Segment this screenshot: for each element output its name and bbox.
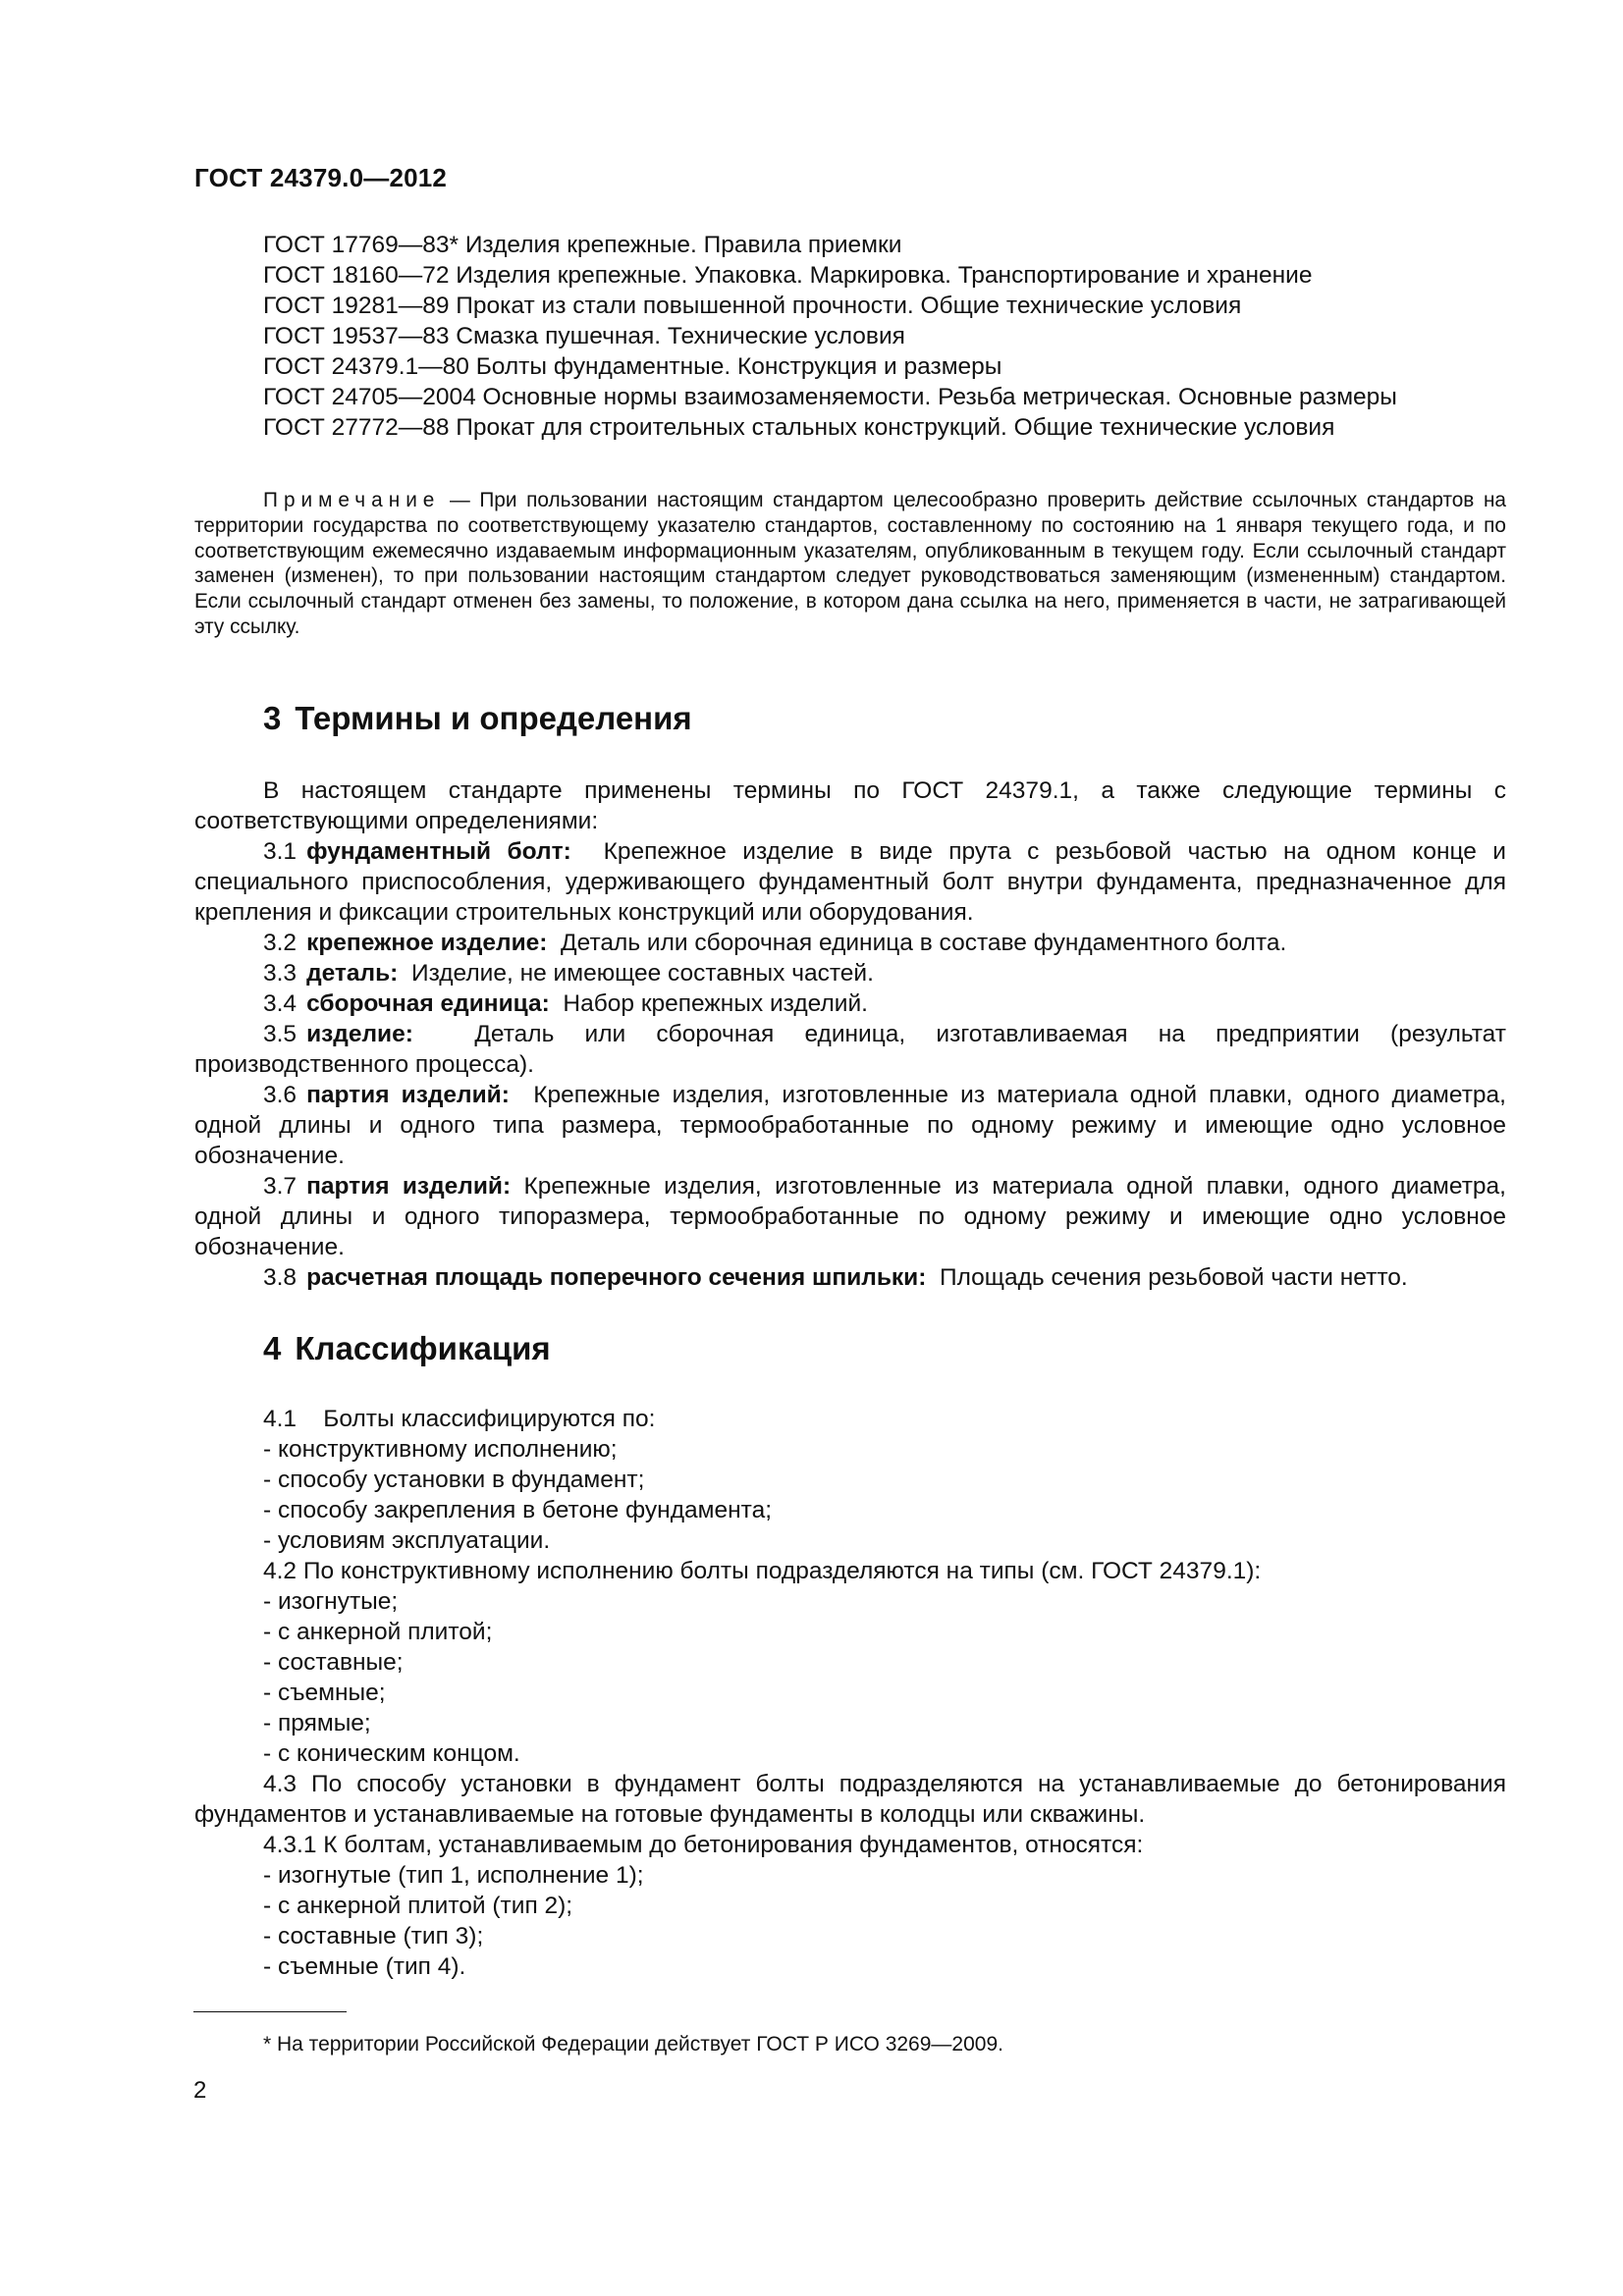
term-entry: 3.4сборочная единица: Набор крепежных из… (194, 988, 1506, 1019)
footnote-separator (193, 2011, 347, 2012)
list-item: - с анкерной плитой (тип 2); (194, 1891, 1506, 1921)
term-name: деталь: (306, 960, 398, 987)
clause-4-1: 4.1 Болты классифицируются по: (194, 1404, 1506, 1434)
list-item: - с анкерной плитой; (194, 1617, 1506, 1647)
reference-item: ГОСТ 19281—89 Прокат из стали повышенной… (194, 291, 1506, 321)
term-name: крепежное изделие: (306, 930, 547, 956)
list-item: - конструктивному исполнению; (194, 1434, 1506, 1465)
list-item: - съемные; (194, 1678, 1506, 1708)
term-name: сборочная единица: (306, 990, 550, 1017)
clause-4-3: 4.3 По способу установки в фундамент бол… (194, 1769, 1506, 1830)
term-entry: 3.2крепежное изделие: Деталь или сборочн… (194, 928, 1506, 958)
term-name: изделие: (306, 1021, 413, 1047)
term-definition: Набор крепежных изделий. (563, 990, 868, 1017)
term-entry: 3.1фундаментный болт: Крепежное изделие … (194, 836, 1506, 928)
section-intro: В настоящем стандарте применены термины … (194, 775, 1506, 836)
section-number: 4 (263, 1330, 281, 1366)
term-definition: Деталь или сборочная единица в составе ф… (561, 930, 1286, 956)
term-name: партия изделий: (306, 1082, 510, 1108)
reference-item: ГОСТ 17769—83* Изделия крепежные. Правил… (194, 230, 1506, 260)
note-label: Примечание (263, 489, 440, 511)
term-name: партия изделий: (306, 1173, 511, 1200)
term-entry: 3.8расчетная площадь поперечного сечения… (194, 1262, 1506, 1293)
list-item: - условиям эксплуатации. (194, 1525, 1506, 1556)
list-item: - съемные (тип 4). (194, 1951, 1506, 1982)
list-item: - способу закрепления в бетоне фундамент… (194, 1495, 1506, 1525)
section-title: Классификация (295, 1330, 550, 1366)
term-name: фундаментный болт: (306, 838, 571, 865)
list-item: - с коническим концом. (194, 1738, 1506, 1769)
section-3-body: В настоящем стандарте применены термины … (194, 775, 1506, 1293)
section-number: 3 (263, 700, 281, 736)
footnote: * На территории Российской Федерации дей… (263, 2032, 1003, 2057)
page-number: 2 (193, 2077, 206, 2105)
term-entry: 3.6партия изделий: Крепежные изделия, из… (194, 1080, 1506, 1171)
section-title: Термины и определения (295, 700, 691, 736)
term-entry: 3.3деталь: Изделие, не имеющее составных… (194, 958, 1506, 988)
section-3-heading: 3Термины и определения (263, 700, 692, 737)
term-definition: Площадь сечения резьбовой части нетто. (940, 1264, 1408, 1291)
reference-item: ГОСТ 24379.1—80 Болты фундаментные. Конс… (194, 351, 1506, 382)
term-entry: 3.5изделие: Деталь или сборочная единица… (194, 1019, 1506, 1080)
section-4-heading: 4Классификация (263, 1330, 551, 1367)
list-item: - изогнутые (тип 1, исполнение 1); (194, 1860, 1506, 1891)
list-item: - способу установки в фундамент; (194, 1465, 1506, 1495)
reference-item: ГОСТ 19537—83 Смазка пушечная. Техническ… (194, 321, 1506, 351)
clause-4-3-1: 4.3.1 К болтам, устанавливаемым до бетон… (194, 1830, 1506, 1860)
running-title: ГОСТ 24379.0—2012 (194, 163, 447, 193)
normative-references-list: ГОСТ 17769—83* Изделия крепежные. Правил… (194, 230, 1506, 443)
reference-item: ГОСТ 27772—88 Прокат для строительных ст… (194, 412, 1506, 443)
term-definition: Изделие, не имеющее составных частей. (411, 960, 874, 987)
list-item: - составные; (194, 1647, 1506, 1678)
section-4-body: 4.1 Болты классифицируются по: - констру… (194, 1404, 1506, 1982)
list-item: - прямые; (194, 1708, 1506, 1738)
list-item: - изогнутые; (194, 1586, 1506, 1617)
term-name: расчетная площадь поперечного сечения шп… (306, 1264, 926, 1291)
note-paragraph: Примечание — При пользовании настоящим с… (194, 488, 1506, 640)
reference-item: ГОСТ 24705—2004 Основные нормы взаимозам… (194, 382, 1506, 412)
term-entry: 3.7партия изделий: Крепежные изделия, из… (194, 1171, 1506, 1262)
list-item: - составные (тип 3); (194, 1921, 1506, 1951)
clause-4-2: 4.2 По конструктивному исполнению болты … (194, 1556, 1506, 1586)
reference-item: ГОСТ 18160—72 Изделия крепежные. Упаковк… (194, 260, 1506, 291)
